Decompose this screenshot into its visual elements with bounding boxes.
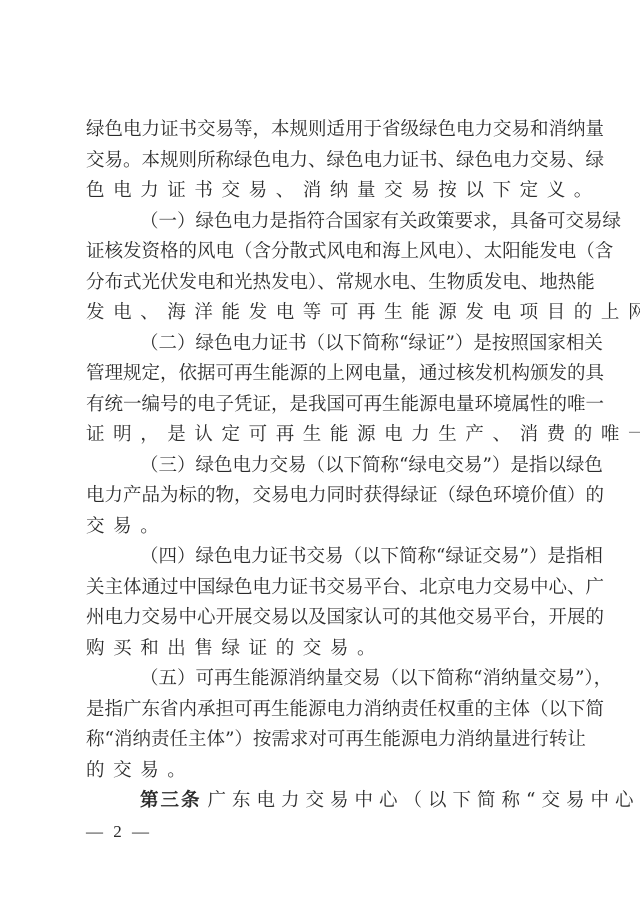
text-line: 交易。本规则所称绿色电力、绿色电力证书、绿色电力交易、绿 (86, 146, 560, 177)
text-line: 色电力证书交易、消纳量交易按以下定义。 (86, 176, 560, 207)
paragraph-item-2-start: （二）绿色电力证书（以下简称“绿证”）是按照国家相关 (86, 329, 560, 360)
text-line: 的交易。 (86, 756, 560, 787)
text-line: 有统一编号的电子凭证，是我国可再生能源电量环境属性的唯一 (86, 390, 560, 421)
page-number: — 2 — (86, 819, 152, 845)
article-3-term: 第三条 (140, 790, 202, 811)
paragraph-item-1-start: （一）绿色电力是指符合国家有关政策要求，具备可交易绿 (86, 207, 560, 238)
text-line: 购买和出售绿证的交易。 (86, 634, 560, 665)
text-line: 电力产品为标的物，交易电力同时获得绿证（绿色环境价值）的 (86, 481, 560, 512)
text-line: 州电力交易中心开展交易以及国家认可的其他交易平台，开展的 (86, 603, 560, 634)
text-line: 是指广东省内承担可再生能源电力消纳责任权重的主体（以下简 (86, 695, 560, 726)
text-line: 管理规定，依据可再生能源的上网电量，通过核发机构颁发的具 (86, 359, 560, 390)
article-3-line: 第三条广东电力交易中心（以下简称“交易中心”）按照 (86, 786, 560, 817)
document-page: 绿色电力证书交易等，本规则适用于省级绿色电力交易和消纳量 交易。本规则所称绿色电… (0, 0, 640, 905)
article-3-text: 广东电力交易中心（以下简称“交易中心”）按照 (208, 790, 640, 811)
paragraph-item-5-start: （五）可再生能源消纳量交易（以下简称“消纳量交易”）， (86, 664, 560, 695)
paragraph-item-4-start: （四）绿色电力证书交易（以下简称“绿证交易”）是指相 (86, 542, 560, 573)
text-line: 绿色电力证书交易等，本规则适用于省级绿色电力交易和消纳量 (86, 115, 560, 146)
text-line: 证明，是认定可再生能源电力生产、消费的唯一凭证。 (86, 420, 560, 451)
paragraph-item-3-start: （三）绿色电力交易（以下简称“绿电交易”）是指以绿色 (86, 451, 560, 482)
text-line: 证核发资格的风电（含分散式风电和海上风电）、太阳能发电（含 (86, 237, 560, 268)
text-line: 关主体通过中国绿色电力证书交易平台、北京电力交易中心、广 (86, 573, 560, 604)
text-line: 发电、海洋能发电等可再生能源发电项目的上网电量。 (86, 298, 560, 329)
text-line: 分布式光伏发电和光热发电）、常规水电、生物质发电、地热能 (86, 268, 560, 299)
document-body: 绿色电力证书交易等，本规则适用于省级绿色电力交易和消纳量 交易。本规则所称绿色电… (86, 115, 560, 817)
text-line: 交易。 (86, 512, 560, 543)
text-line: 称“消纳责任主体”）按需求对可再生能源电力消纳量进行转让 (86, 725, 560, 756)
